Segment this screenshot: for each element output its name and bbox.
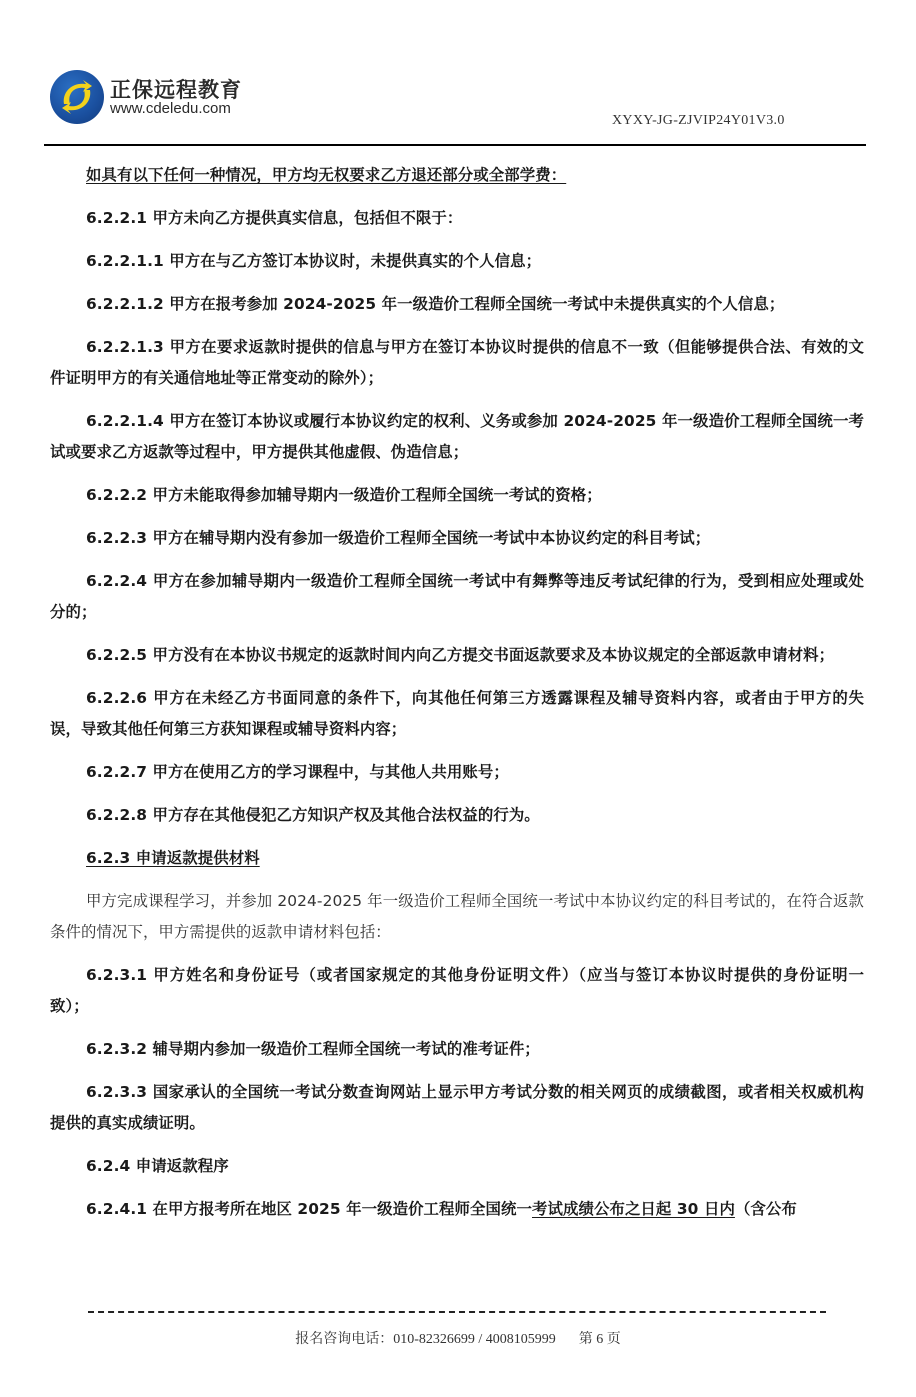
clause-6-2-4-1-prefix: 6.2.4.1 在甲方报考所在地区 2025 年一级造价工程师全国统一: [86, 1200, 532, 1218]
clause-6-2-3-1: 6.2.3.1 甲方姓名和身份证号（或者国家规定的其他身份证明文件）（应当与签订…: [50, 960, 864, 1022]
page-number: 第 6 页: [579, 1332, 621, 1347]
header-divider: [44, 144, 866, 146]
clause-6-2-2-6: 6.2.2.6 甲方在未经乙方书面同意的条件下，向其他任何第三方透露课程及辅导资…: [50, 683, 864, 745]
clause-6-2-4-1-suffix: （含公布: [735, 1200, 797, 1218]
section-6-2-3-title: 6.2.3 申请返款提供材料: [86, 849, 260, 867]
intro-text: 如具有以下任何一种情况，甲方均无权要求乙方退还部分或全部学费：: [86, 166, 566, 184]
clause-6-2-4-1-underlined: 考试成绩公布之日起 30 日内: [532, 1200, 735, 1218]
clause-6-2-2-1-2: 6.2.2.1.2 甲方在报考参加 2024-2025 年一级造价工程师全国统一…: [50, 289, 864, 320]
page-header: 正保远程教育 www.cdeledu.com XYXY-JG-ZJVIP24Y0…: [0, 0, 916, 150]
clause-6-2-2-3: 6.2.2.3 甲方在辅导期内没有参加一级造价工程师全国统一考试中本协议约定的科…: [50, 523, 864, 554]
clause-6-2-3-3: 6.2.3.3 国家承认的全国统一考试分数查询网站上显示甲方考试分数的相关网页的…: [50, 1077, 864, 1139]
footer-divider: [88, 1311, 826, 1313]
section-6-2-3-intro: 甲方完成课程学习，并参加 2024-2025 年一级造价工程师全国统一考试中本协…: [50, 886, 864, 948]
clause-6-2-2-1-3: 6.2.2.1.3 甲方在要求返款时提供的信息与甲方在签订本协议时提供的信息不一…: [50, 332, 864, 394]
document-body: 如具有以下任何一种情况，甲方均无权要求乙方退还部分或全部学费： 6.2.2.1 …: [50, 160, 864, 1225]
section-6-2-4-heading: 6.2.4 申请返款程序: [50, 1151, 864, 1182]
clause-6-2-3-2: 6.2.3.2 辅导期内参加一级造价工程师全国统一考试的准考证件；: [50, 1034, 864, 1065]
document-code: XYXY-JG-ZJVIP24Y01V3.0: [612, 113, 785, 129]
clause-6-2-2-5: 6.2.2.5 甲方没有在本协议书规定的返款时间内向乙方提交书面返款要求及本协议…: [50, 640, 864, 671]
contact-phone: 报名咨询电话：010-82326699 / 4008105999: [295, 1332, 556, 1347]
page-footer: 报名咨询电话：010-82326699 / 4008105999 第 6 页: [0, 1328, 916, 1348]
clause-6-2-2-7: 6.2.2.7 甲方在使用乙方的学习课程中，与其他人共用账号；: [50, 757, 864, 788]
section-6-2-3-heading: 6.2.3 申请返款提供材料: [50, 843, 864, 874]
clause-6-2-4-1: 6.2.4.1 在甲方报考所在地区 2025 年一级造价工程师全国统一考试成绩公…: [50, 1194, 864, 1225]
clause-6-2-2-1-4: 6.2.2.1.4 甲方在签订本协议或履行本协议约定的权利、义务或参加 2024…: [50, 406, 864, 468]
clause-6-2-2-8: 6.2.2.8 甲方存在其他侵犯乙方知识产权及其他合法权益的行为。: [50, 800, 864, 831]
brand-url: www.cdeledu.com: [110, 100, 231, 117]
cdeledu-logo-icon: [50, 70, 104, 124]
clause-6-2-2-2: 6.2.2.2 甲方未能取得参加辅导期内一级造价工程师全国统一考试的资格；: [50, 480, 864, 511]
clause-6-2-2-1-1: 6.2.2.1.1 甲方在与乙方签订本协议时，未提供真实的个人信息；: [50, 246, 864, 277]
clause-6-2-2-1: 6.2.2.1 甲方未向乙方提供真实信息，包括但不限于：: [50, 203, 864, 234]
clause-6-2-2-4: 6.2.2.4 甲方在参加辅导期内一级造价工程师全国统一考试中有舞弊等违反考试纪…: [50, 566, 864, 628]
intro-paragraph: 如具有以下任何一种情况，甲方均无权要求乙方退还部分或全部学费：: [50, 160, 864, 191]
